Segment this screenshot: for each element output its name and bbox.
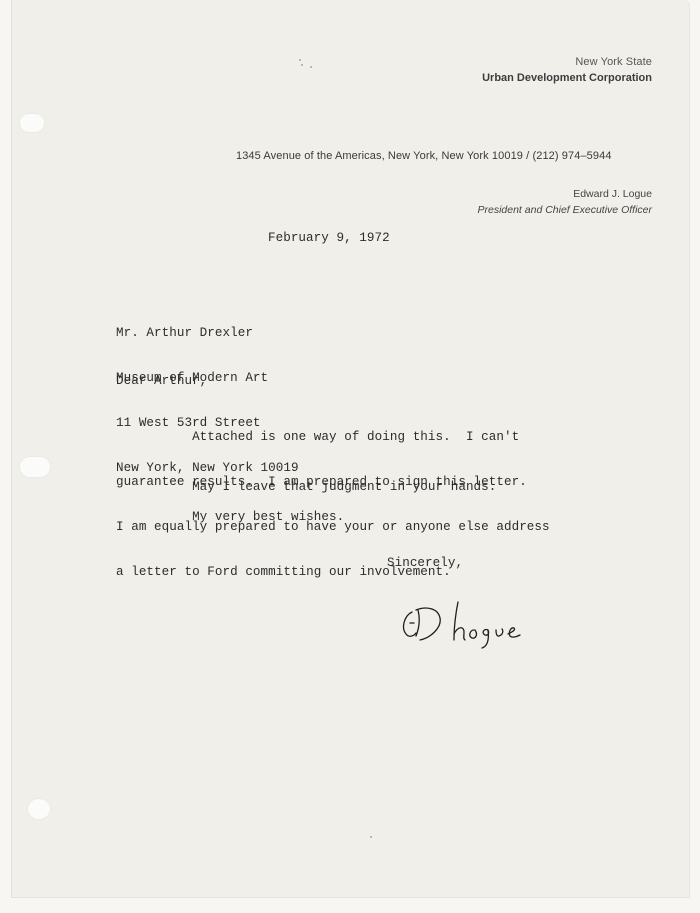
paper-speck (299, 59, 301, 61)
letter-date: February 9, 1972 (268, 231, 390, 246)
letterhead-organization: Urban Development Corporation (482, 72, 652, 84)
punch-hole-bottom (28, 799, 50, 819)
body-paragraph-3: My very best wishes. (116, 510, 344, 525)
letterhead-state: New York State (575, 56, 652, 68)
body-paragraph-1: Attached is one way of doing this. I can… (116, 400, 550, 595)
punch-hole-middle (20, 457, 50, 477)
closing: Sincerely, (387, 556, 463, 571)
body-line: Attached is one way of doing this. I can… (116, 430, 550, 445)
paper-speck (301, 64, 303, 66)
salutation: Dear Arthur, (116, 374, 207, 389)
executive-title: President and Chief Executive Officer (477, 204, 652, 216)
recipient-line: Mr. Arthur Drexler (116, 326, 299, 341)
body-paragraph-2: May I leave that judgment in your hands. (116, 480, 496, 495)
executive-name: Edward J. Logue (573, 188, 652, 200)
paper-speck (370, 836, 372, 838)
punch-hole-top (20, 114, 44, 132)
letterhead-address: 1345 Avenue of the Americas, New York, N… (236, 150, 612, 162)
body-line: a letter to Ford committing our involvem… (116, 565, 550, 580)
paper-speck (310, 66, 312, 68)
handwritten-signature (398, 596, 548, 650)
